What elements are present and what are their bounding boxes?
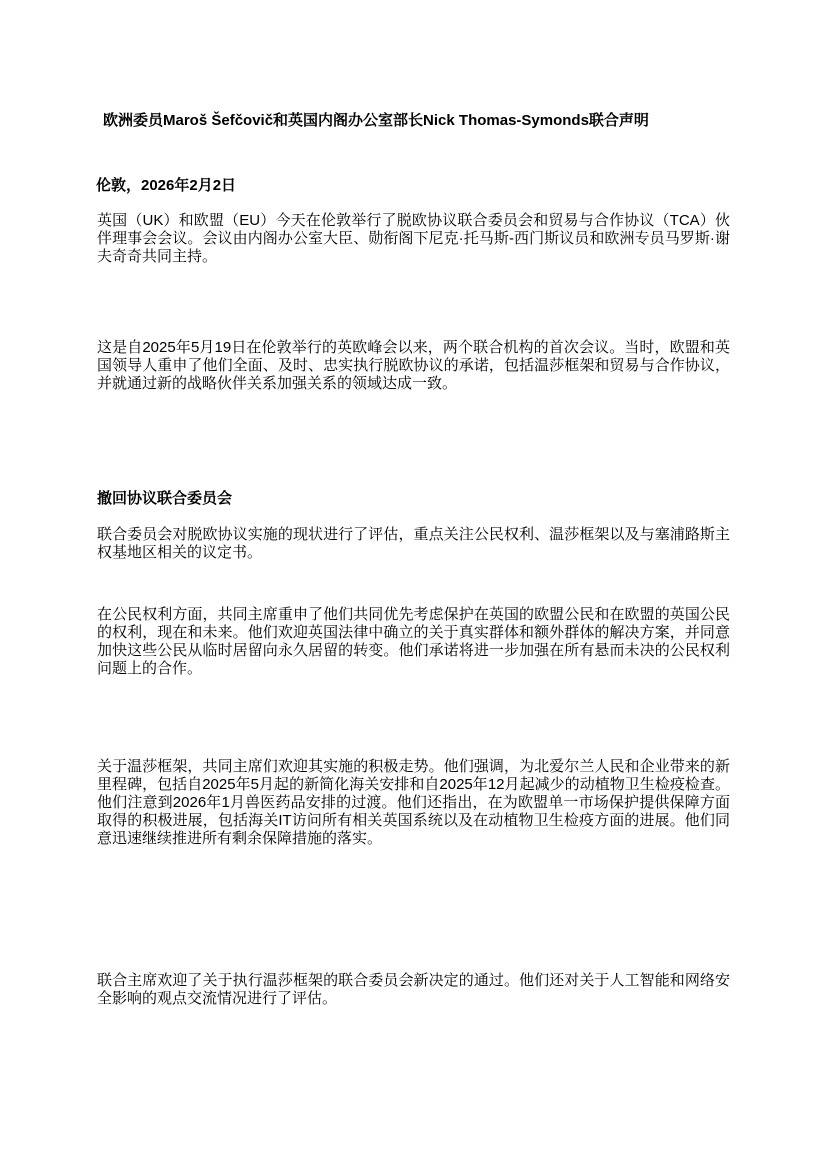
section-heading-withdrawal-agreement-joint-committee: 撤回协议联合委员会 xyxy=(97,490,497,508)
intro-paragraph-1: 英国（UK）和欧盟（EU）今天在伦敦举行了脱欧协议联合委员会和贸易与合作协议（T… xyxy=(97,212,730,266)
section-paragraph-2: 在公民权利方面，共同主席重申了他们共同优先考虑保护在英国的欧盟公民和在欧盟的英国… xyxy=(97,606,730,678)
section-paragraph-1: 联合委员会对脱欧协议实施的现状进行了评估，重点关注公民权利、温莎框架以及与塞浦路… xyxy=(97,526,730,562)
document-title: 欧洲委员Maroš Šefčovič和英国内阁办公室部长Nick Thomas-… xyxy=(103,112,743,130)
document-page: 欧洲委员Maroš Šefčovič和英国内阁办公室部长Nick Thomas-… xyxy=(0,0,827,1168)
section-paragraph-4: 联合主席欢迎了关于执行温莎框架的联合委员会新决定的通过。他们还对关于人工智能和网… xyxy=(97,972,730,1008)
dateline: 伦敦，2026年2月2日 xyxy=(96,177,496,195)
intro-paragraph-2: 这是自2025年5月19日在伦敦举行的英欧峰会以来，两个联合机构的首次会议。当时… xyxy=(97,339,730,393)
section-paragraph-3: 关于温莎框架，共同主席们欢迎其实施的积极走势。他们强调，为北爱尔兰人民和企业带来… xyxy=(97,758,730,848)
